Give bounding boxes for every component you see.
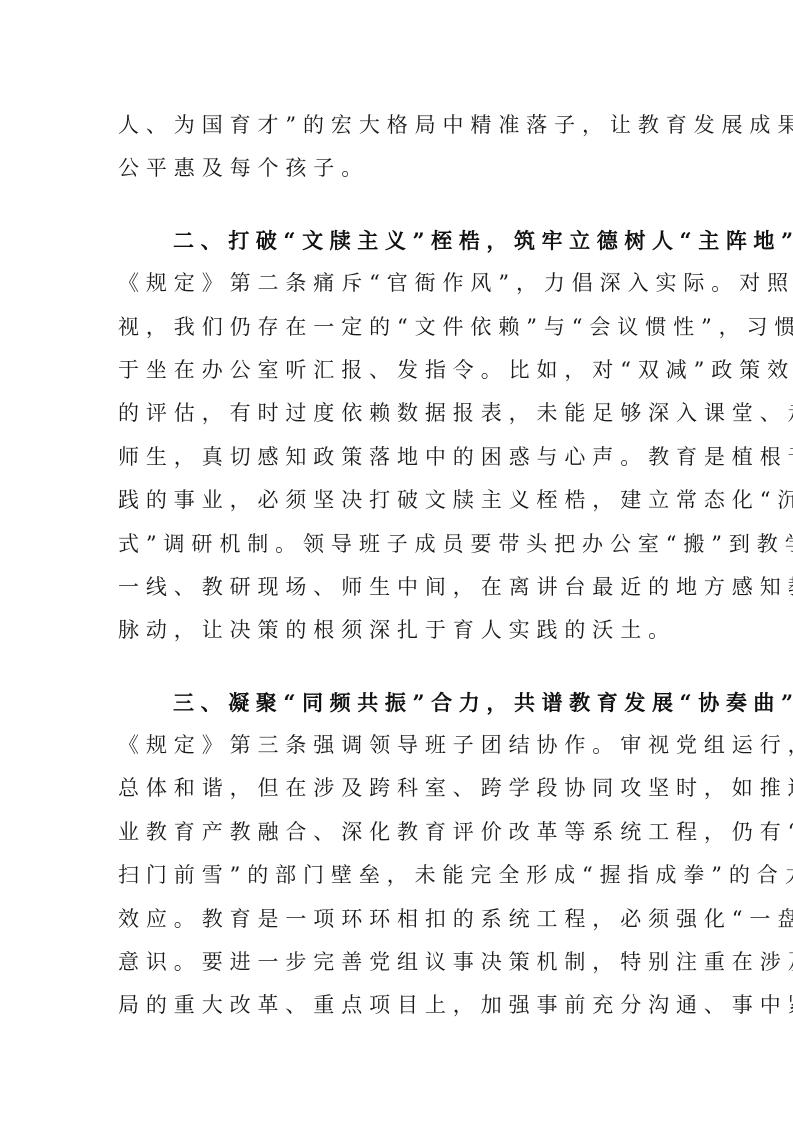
- text-line: 公平惠及每个孩子。: [118, 147, 678, 190]
- section-3: 三、凝聚“同频共振”合力，共谱教育发展“协奏曲”。 《规定》第三条强调领导班子团…: [118, 681, 678, 1028]
- text-line: 师生，真切感知政策落地中的困惑与心声。教育是植根于实: [118, 436, 678, 479]
- text-line: 脉动，让决策的根须深扎于育人实践的沃土。: [118, 609, 678, 652]
- text-line: 意识。要进一步完善党组议事决策机制，特别注重在涉及全: [118, 941, 678, 984]
- text-line: 扫门前雪”的部门壁垒，未能完全形成“握指成拳”的合力: [118, 854, 678, 897]
- text-line: 人、为国育才”的宏大格局中精准落子，让教育发展成果更: [118, 104, 678, 147]
- text-line: 效应。教育是一项环环相扣的系统工程，必须强化“一盘棋”: [118, 898, 678, 941]
- text-line: 业教育产教融合、深化教育评价改革等系统工程，仍有“各: [118, 811, 678, 854]
- text-line: 总体和谐，但在涉及跨科室、跨学段协同攻坚时，如推进职: [118, 767, 678, 810]
- text-line: 《规定》第二条痛斥“官衙作风”，力倡深入实际。对照审: [118, 262, 678, 305]
- text-line: 《规定》第三条强调领导班子团结协作。审视党组运行，虽: [118, 724, 678, 767]
- text-line: 践的事业，必须坚决打破文牍主义桎梏，建立常态化“沉浸: [118, 479, 678, 522]
- text-line: 视，我们仍存在一定的“文件依赖”与“会议惯性”，习惯: [118, 306, 678, 349]
- paragraph-gap: [118, 653, 678, 681]
- text-line: 于坐在办公室听汇报、发指令。比如，对“双减”政策效果: [118, 349, 678, 392]
- section-heading: 二、打破“文牍主义”桎梏，筑牢立德树人“主阵地”。: [118, 219, 678, 262]
- paragraph-continuation: 人、为国育才”的宏大格局中精准落子，让教育发展成果更 公平惠及每个孩子。: [118, 104, 678, 191]
- document-page: 人、为国育才”的宏大格局中精准落子，让教育发展成果更 公平惠及每个孩子。 二、打…: [118, 104, 678, 1028]
- section-heading: 三、凝聚“同频共振”合力，共谱教育发展“协奏曲”。: [118, 681, 678, 724]
- section-2: 二、打破“文牍主义”桎梏，筑牢立德树人“主阵地”。 《规定》第二条痛斥“官衙作风…: [118, 219, 678, 653]
- text-line: 一线、教研现场、师生中间，在离讲台最近的地方感知教育: [118, 566, 678, 609]
- text-line: 式”调研机制。领导班子成员要带头把办公室“搬”到教学: [118, 523, 678, 566]
- paragraph-gap: [118, 191, 678, 219]
- text-line: 局的重大改革、重点项目上，加强事前充分沟通、事中紧密: [118, 984, 678, 1027]
- text-line: 的评估，有时过度依赖数据报表，未能足够深入课堂、走近: [118, 392, 678, 435]
